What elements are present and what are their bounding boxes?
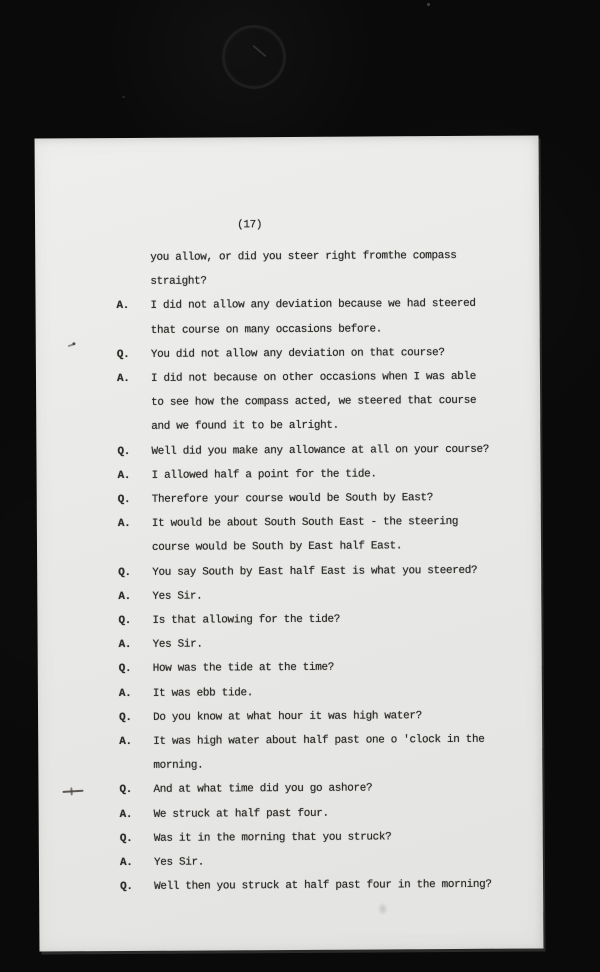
qa-lines: Is that allowing for the tide? xyxy=(152,607,515,633)
qa-entry: A. I did not allow any deviation because… xyxy=(116,292,513,343)
qa-line: Well then you struck at half past four i… xyxy=(154,873,517,899)
qa-line: Yes Sir. xyxy=(153,631,516,657)
qa-entry: Q. Is that allowing for the tide? xyxy=(118,607,515,634)
qa-lines: I allowed half a point for the tide. xyxy=(152,461,515,487)
qa-line: I did not allow any deviation because we… xyxy=(150,292,513,318)
qa-line: How was the tide at the time? xyxy=(153,655,516,681)
qa-entry: A. It was high water about half past one… xyxy=(119,728,516,779)
qa-entry: A. I did not because on other occasions … xyxy=(117,365,514,440)
qa-lines: It would be about South South East - the… xyxy=(152,510,515,561)
qa-label: Q. xyxy=(120,827,154,851)
qa-label: A. xyxy=(118,464,152,488)
qa-line: And at what time did you go ashore? xyxy=(153,776,516,802)
qa-line: You say South by East half East is what … xyxy=(152,558,515,584)
qa-line: that course on many occasions before. xyxy=(151,316,514,342)
qa-lines: Well did you make any allowance at all o… xyxy=(151,437,514,463)
qa-line: Was it in the morning that you struck? xyxy=(154,824,517,850)
qa-label: A. xyxy=(118,585,152,609)
qa-line: I did not because on other occasions whe… xyxy=(151,365,514,391)
qa-line: Therefore your course would be South by … xyxy=(152,486,515,512)
qa-lines: Was it in the morning that you struck? xyxy=(154,824,517,850)
qa-entry: Q. Well did you make any allowance at al… xyxy=(117,437,514,464)
qa-line: you allow, or did you steer right fromth… xyxy=(150,244,513,270)
qa-entry: Q. How was the tide at the time? xyxy=(119,655,516,682)
qa-label: A. xyxy=(120,803,154,827)
qa-line: I allowed half a point for the tide. xyxy=(152,461,515,487)
qa-entry: Q. Therefore your course would be South … xyxy=(118,486,515,513)
qa-line: It would be about South South East - the… xyxy=(152,510,515,536)
qa-lines: Well then you struck at half past four i… xyxy=(154,873,517,899)
qa-lines: It was ebb tide. xyxy=(153,679,516,705)
qa-label: A. xyxy=(118,512,152,536)
qa-label: Q. xyxy=(119,778,153,802)
qa-label: A. xyxy=(117,367,151,391)
dust-speck xyxy=(427,3,430,6)
qa-lines: It was high water about half past one o … xyxy=(153,728,516,779)
qa-line: Yes Sir. xyxy=(152,582,515,608)
qa-lines: How was the tide at the time? xyxy=(153,655,516,681)
qa-lines: Therefore your course would be South by … xyxy=(152,486,515,512)
qa-lines: Yes Sir. xyxy=(154,849,517,875)
qa-lines: You did not allow any deviation on that … xyxy=(151,340,514,366)
qa-label: A. xyxy=(119,681,153,705)
qa-line: It was high water about half past one o … xyxy=(153,728,516,754)
qa-label: Q. xyxy=(117,439,151,463)
qa-label: A. xyxy=(119,730,153,754)
qa-entry: Q. Do you know at what hour it was high … xyxy=(119,703,516,730)
qa-label: A. xyxy=(119,633,153,657)
qa-entry: A. It was ebb tide. xyxy=(119,679,516,706)
qa-entry: Q. Well then you struck at half past fou… xyxy=(120,873,517,900)
qa-entry: Q. Was it in the morning that you struck… xyxy=(120,824,517,851)
qa-entry: you allow, or did you steer right fromth… xyxy=(116,244,513,295)
qa-label: A. xyxy=(120,851,154,875)
qa-line: Yes Sir. xyxy=(154,849,517,875)
qa-label: A. xyxy=(116,294,150,318)
qa-lines: Yes Sir. xyxy=(153,631,516,657)
pencil-mark xyxy=(62,790,83,793)
qa-line: course would be South by East half East. xyxy=(152,534,515,560)
qa-label: Q. xyxy=(119,657,153,681)
qa-lines: I did not allow any deviation because we… xyxy=(150,292,513,343)
qa-line: We struck at half past four. xyxy=(154,800,517,826)
qa-entries: you allow, or did you steer right fromth… xyxy=(116,244,517,900)
qa-line: Is that allowing for the tide? xyxy=(152,607,515,633)
qa-entry: A. We struck at half past four. xyxy=(120,800,517,827)
document-page: (17) you allow, or did you steer right f… xyxy=(35,135,544,951)
qa-entry: A. I allowed half a point for the tide. xyxy=(118,461,515,488)
qa-lines: You say South by East half East is what … xyxy=(152,558,515,584)
qa-entry: A. Yes Sir. xyxy=(120,849,517,876)
qa-entry: Q. And at what time did you go ashore? xyxy=(119,776,516,803)
qa-line: and we found it to be alright. xyxy=(151,413,514,439)
qa-lines: you allow, or did you steer right fromth… xyxy=(150,244,513,295)
qa-line: You did not allow any deviation on that … xyxy=(151,340,514,366)
pencil-mark xyxy=(68,343,74,347)
page-number: (17) xyxy=(237,213,262,237)
qa-line: Do you know at what hour it was high wat… xyxy=(153,703,516,729)
qa-line: to see how the compass acted, we steered… xyxy=(151,389,514,415)
photo-background: (17) you allow, or did you steer right f… xyxy=(0,0,600,972)
qa-lines: Do you know at what hour it was high wat… xyxy=(153,703,516,729)
qa-entry: Q. You say South by East half East is wh… xyxy=(118,558,515,585)
qa-label: Q. xyxy=(118,609,152,633)
dust-speck xyxy=(122,96,125,98)
qa-entry: Q. You did not allow any deviation on th… xyxy=(117,340,514,367)
embossed-circle xyxy=(222,25,286,89)
seal-slash-mark xyxy=(252,45,266,57)
qa-entry: A. Yes Sir. xyxy=(119,631,516,658)
qa-lines: Yes Sir. xyxy=(152,582,515,608)
qa-lines: We struck at half past four. xyxy=(154,800,517,826)
qa-lines: I did not because on other occasions whe… xyxy=(151,365,514,440)
qa-lines: And at what time did you go ashore? xyxy=(153,776,516,802)
qa-label: Q. xyxy=(119,706,153,730)
qa-label: Q. xyxy=(118,488,152,512)
smudge xyxy=(377,902,388,915)
qa-entry: A. Yes Sir. xyxy=(118,582,515,609)
qa-line: straight? xyxy=(150,268,513,294)
qa-label: Q. xyxy=(117,343,151,367)
qa-line: morning. xyxy=(153,752,516,778)
qa-label: Q. xyxy=(120,875,154,899)
qa-line: It was ebb tide. xyxy=(153,679,516,705)
qa-entry: A. It would be about South South East - … xyxy=(118,510,515,561)
qa-line: Well did you make any allowance at all o… xyxy=(151,437,514,463)
qa-label: Q. xyxy=(118,560,152,584)
